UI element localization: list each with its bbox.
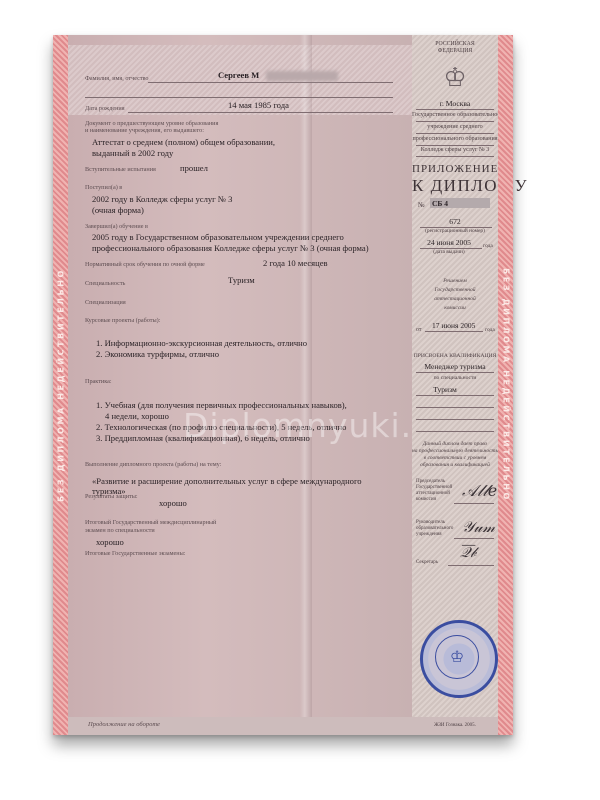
practice-item: 4 недели, хорошо [105, 411, 169, 421]
underline [128, 112, 393, 113]
prev-doc-label: Документ о предшествующем уровне образов… [85, 120, 218, 127]
underline [416, 395, 494, 396]
thesis-value: «Развитие и расширение дополнительных ус… [92, 476, 362, 486]
chair-label: комиссии [416, 497, 436, 503]
underline [416, 156, 494, 157]
underline [85, 97, 393, 98]
underline [416, 407, 494, 408]
enrolled-value-2: (очная форма) [92, 205, 144, 215]
reg-number-value: 672 [412, 217, 498, 226]
country-label-2: ФЕДЕРАЦИЯ [412, 48, 498, 54]
completed-value: 2005 году в Государственном образователь… [92, 232, 344, 242]
number-value: СБ 4 [432, 199, 448, 208]
qualification-label: ПРИСВОЕНА КВАЛИФИКАЦИЯ [412, 353, 498, 359]
underline [416, 419, 494, 420]
right-page: РОССИЙСКАЯ ФЕДЕРАЦИЯ ♔ г. Москва Государ… [412, 35, 498, 735]
decision-date-prefix: от [416, 327, 421, 333]
decision-date-suffix: года [485, 327, 495, 333]
underline [416, 109, 494, 110]
decision-date-value: 17 июня 2005 [432, 321, 475, 330]
prev-doc-value: Аттестат о среднем (полном) общем образо… [92, 137, 275, 147]
issue-date-value: 24 июня 2005 [406, 238, 492, 247]
duration-label: Нормативный срок обучения по очной форме [85, 261, 205, 268]
defense-label: Результаты защиты: [85, 493, 138, 500]
official-seal: ♔ [420, 620, 498, 698]
secretary-signature-icon: 𝒬𝒷 [460, 546, 476, 562]
seal-eagle-icon: ♔ [450, 647, 464, 667]
thesis-label: Выполнение дипломного проекта (работы) н… [85, 461, 221, 468]
interdisc-exam-label-2: экзамен по специальности [85, 527, 155, 534]
institution-line: Колледж сферы услуг № 3 [412, 147, 498, 153]
course-project-item: 2. Экономика турфирмы, отлично [96, 349, 219, 359]
decision-line: аттестационной [412, 296, 498, 303]
defense-value: хорошо [159, 498, 187, 508]
practice-label: Практика: [85, 378, 112, 385]
completed-label: Завершил(а) обучение в [85, 223, 148, 230]
document-title: ПРИЛОЖЕНИЕ [412, 163, 498, 175]
signature-line [454, 503, 494, 504]
specialty-label: Специальность [85, 280, 125, 287]
chair-signature-icon: 𝒜𝓁𝓁𝑒 [462, 481, 497, 501]
interdisc-exam-value: хорошо [96, 537, 124, 547]
underline [416, 145, 494, 146]
reg-number-caption: (регистрационный номер) [412, 228, 498, 234]
security-stripe-text: БЕЗ ДИПЛОМА НЕДЕЙСТВИТЕЛЬНО [501, 268, 510, 502]
underline [416, 431, 494, 432]
enrolled-value: 2002 году в Колледж сферы услуг № 3 [92, 194, 232, 204]
footer-note: Продолжение на обороте [88, 721, 160, 728]
diploma-supplement-document: БЕЗ ДИПЛОМА НЕДЕЙСТВИТЕЛЬНО Фамилия, имя… [53, 35, 513, 735]
rights-note-line: образования и квалификацией [412, 462, 498, 469]
seal-inner-ring: ♔ [435, 635, 479, 679]
institution-line: профессионального образования [412, 136, 498, 142]
entrance-label: Вступительные испытания [85, 166, 156, 173]
birth-date-label: Дата рождения [85, 105, 125, 112]
security-stripe-right: БЕЗ ДИПЛОМА НЕДЕЙСТВИТЕЛЬНО [498, 35, 513, 735]
specialty-value-right: Туризм [402, 385, 488, 394]
coat-of-arms-icon: ♔ [412, 63, 498, 93]
redacted-name [266, 71, 338, 81]
full-name-label: Фамилия, имя, отчество [85, 75, 149, 82]
underline [425, 331, 483, 332]
underline [416, 372, 494, 373]
country-label: РОССИЙСКАЯ [412, 41, 498, 47]
security-stripe-text: БЕЗ ДИПЛОМА НЕДЕЙСТВИТЕЛЬНО [56, 268, 65, 502]
course-project-item: 1. Информационно-экскурсионная деятельно… [96, 338, 307, 348]
prev-doc-value-2: выданный в 2002 году [92, 148, 173, 158]
specialty-value: Туризм [228, 275, 255, 285]
underline [416, 133, 494, 134]
secretary-label: Секретарь [416, 560, 438, 566]
prev-doc-label-2: и наименование учреждения, его выдавшего… [85, 127, 204, 134]
signature-line [448, 565, 494, 566]
completed-value-2: профессионального образования Колледже с… [92, 243, 369, 253]
document-title-2: К ДИПЛОМУ [412, 176, 498, 196]
decision-line: комиссии [412, 305, 498, 312]
city-label: г. Москва [412, 99, 498, 108]
left-page: Фамилия, имя, отчество Сергеев М Дата ро… [68, 35, 412, 735]
interdisc-exam-label: Итоговый Государственный междисциплинарн… [85, 519, 216, 526]
full-name-value: Сергеев М [218, 70, 259, 80]
institution-line: Государственное образовательное [412, 112, 498, 118]
enrolled-label: Поступил(а) в [85, 184, 122, 191]
course-projects-label: Курсовые проекты (работы): [85, 317, 160, 324]
decision-line: Решением [412, 278, 498, 285]
final-exams-label: Итоговые Государственные экзамены: [85, 550, 185, 557]
print-note: ЖЗИ Гознака. 2005. [412, 723, 498, 728]
underline [148, 82, 393, 83]
birth-date-value: 14 мая 1985 года [228, 100, 289, 110]
security-stripe-left: БЕЗ ДИПЛОМА НЕДЕЙСТВИТЕЛЬНО [53, 35, 68, 735]
specialization-label: Специализация [85, 299, 126, 306]
qualification-value: Менеджер туризма [412, 362, 498, 371]
entrance-value: прошел [180, 163, 208, 173]
head-label: учреждения [416, 532, 442, 538]
institution-line: учреждение среднего [412, 124, 498, 130]
by-specialty-label: по специальности [412, 375, 498, 381]
decision-line: Государственной [412, 287, 498, 294]
underline [416, 121, 494, 122]
paper-fold [300, 35, 312, 735]
number-prefix: № [418, 201, 425, 209]
issue-date-caption: (дата выдачи) [406, 249, 492, 255]
duration-value: 2 года 10 месяцев [263, 258, 328, 268]
